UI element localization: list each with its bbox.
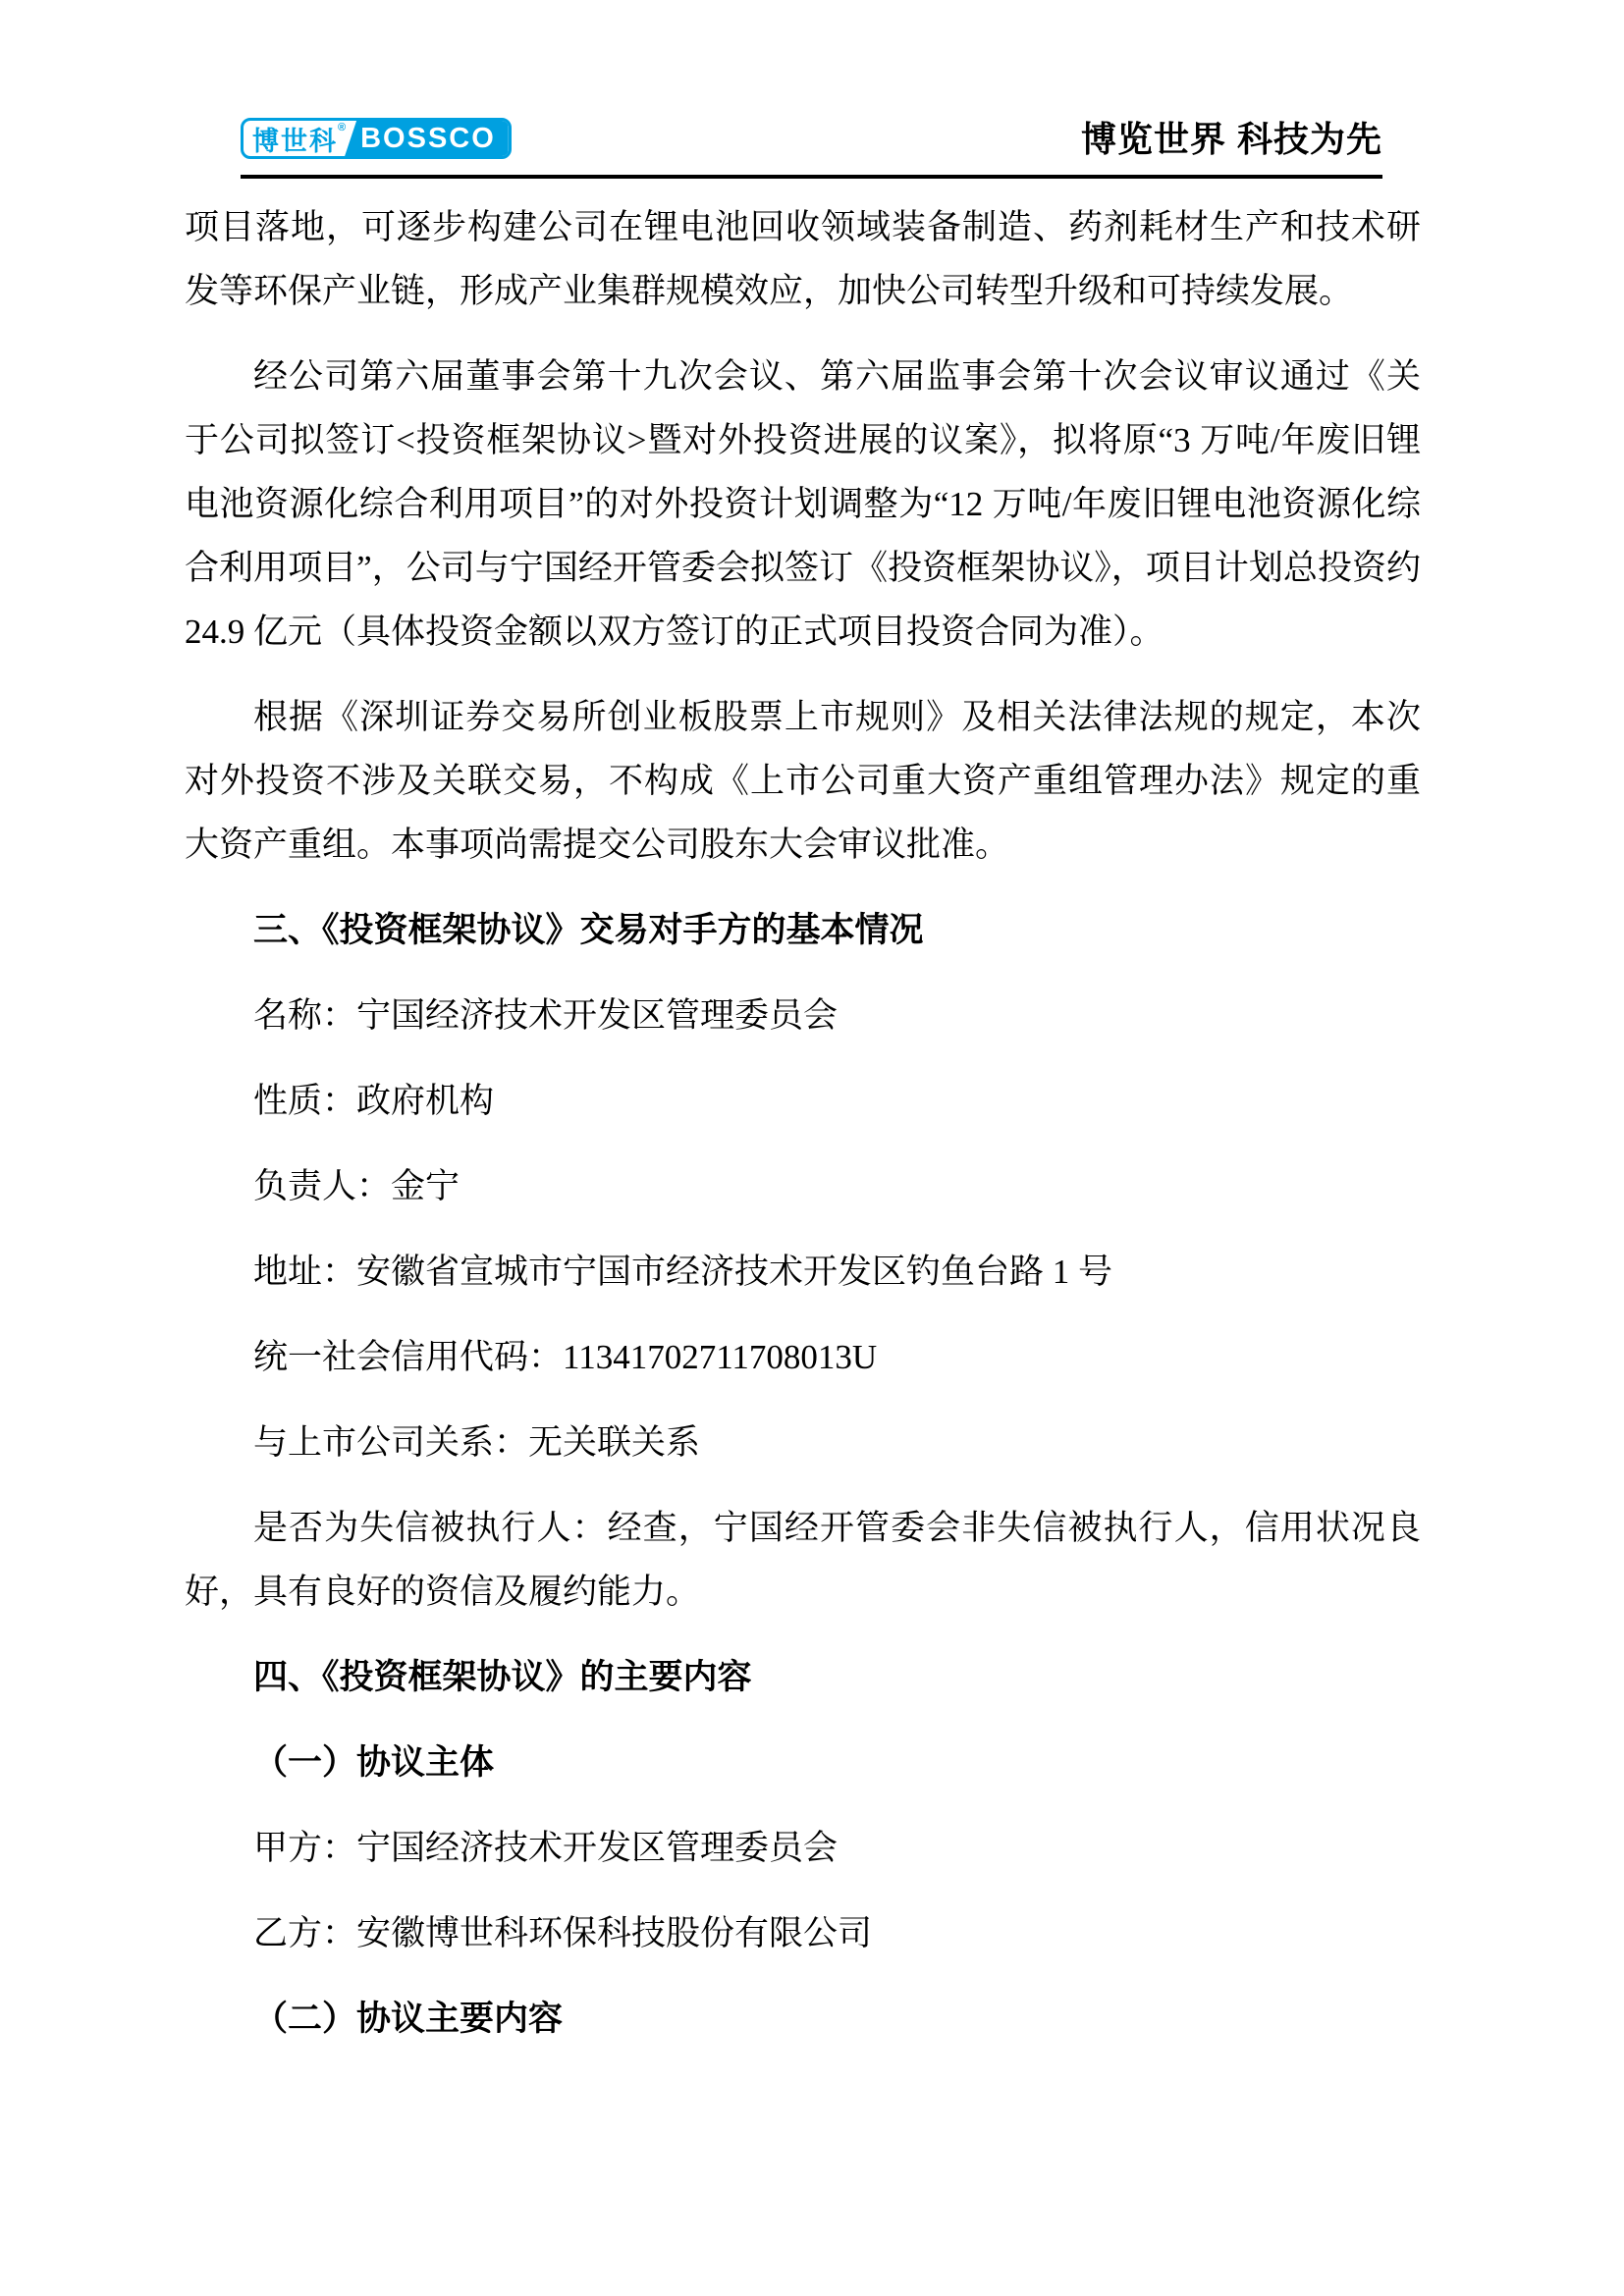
paragraph: 地址：安徽省宣城市宁国市经济技术开发区钓鱼台路 1 号 [185, 1240, 1421, 1304]
paragraph: 甲方：宁国经济技术开发区管理委员会 [185, 1816, 1421, 1880]
registered-trademark-icon: ® [338, 123, 348, 133]
paragraph: 与上市公司关系：无关联关系 [185, 1411, 1421, 1474]
bossco-logo: 博世科 ® BOSSCO [241, 118, 512, 159]
logo-cn-label: 博世科 [252, 120, 338, 158]
document-page: 博世科 ® BOSSCO 博览世界 科技为先 项目落地，可逐步构建公司在锂电池回… [0, 0, 1624, 2296]
section-heading: （二）协议主要内容 [185, 1987, 1421, 2051]
logo-en-text: BOSSCO [345, 121, 509, 156]
paragraph: 负责人：金宁 [185, 1154, 1421, 1218]
section-heading: （一）协议主体 [185, 1731, 1421, 1794]
page-header: 博世科 ® BOSSCO 博览世界 科技为先 [241, 112, 1382, 159]
paragraph: 统一社会信用代码：11341702711708013U [185, 1325, 1421, 1389]
section-heading: 四、《投资框架协议》的主要内容 [185, 1645, 1421, 1709]
paragraph: 乙方：安徽博世科环保科技股份有限公司 [185, 1901, 1421, 1965]
paragraph: 根据《深圳证券交易所创业板股票上市规则》及相关法律法规的规定，本次对外投资不涉及… [185, 685, 1421, 877]
paragraph: 是否为失信被执行人：经查，宁国经开管委会非失信被执行人，信用状况良好，具有良好的… [185, 1496, 1421, 1624]
header-divider [241, 175, 1382, 179]
section-heading: 三、《投资框架协议》交易对手方的基本情况 [185, 898, 1421, 962]
paragraph: 经公司第六届董事会第十九次会议、第六届监事会第十次会议审议通过《关于公司拟签订<… [185, 345, 1421, 664]
paragraph: 项目落地，可逐步构建公司在锂电池回收领域装备制造、药剂耗材生产和技术研发等环保产… [185, 195, 1421, 323]
document-body: 项目落地，可逐步构建公司在锂电池回收领域装备制造、药剂耗材生产和技术研发等环保产… [185, 195, 1421, 2072]
logo-cn-text: 博世科 ® [244, 121, 350, 156]
paragraph: 名称：宁国经济技术开发区管理委员会 [185, 984, 1421, 1047]
header-slogan: 博览世界 科技为先 [1081, 120, 1382, 159]
paragraph: 性质：政府机构 [185, 1069, 1421, 1133]
